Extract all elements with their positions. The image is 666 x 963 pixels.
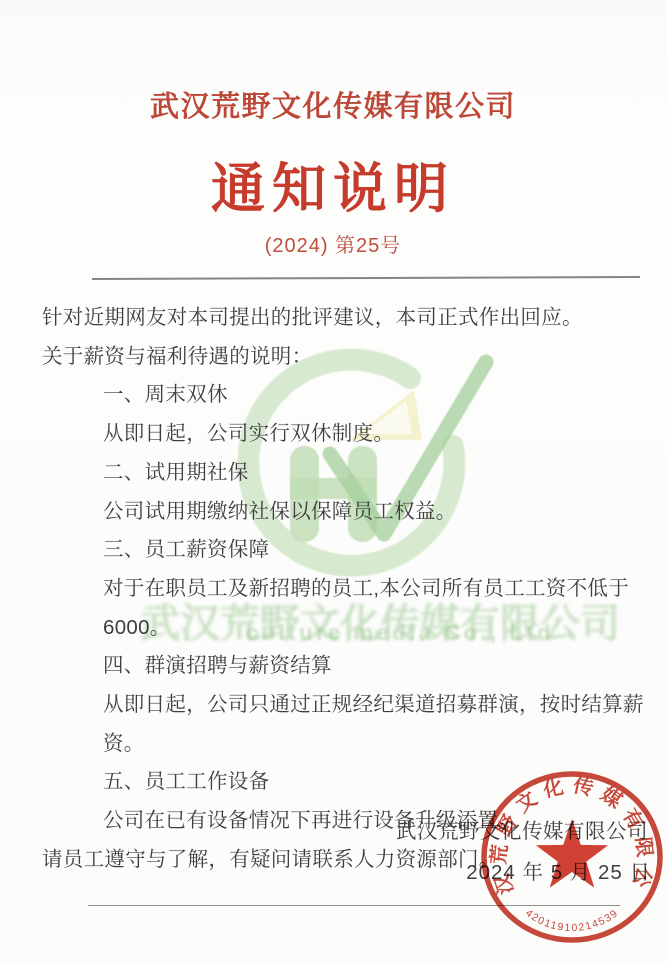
seal-star-icon	[536, 819, 608, 888]
item4-heading: 四、群演招聘与薪资结算	[42, 647, 650, 686]
item1-detail: 从即日起，公司实行双休制度。	[42, 415, 650, 454]
item2-detail: 公司试用期缴纳社保以保障员工权益。	[42, 493, 650, 532]
issue-number: (2024) 第25号	[0, 229, 666, 258]
intro-paragraph: 针对近期网友对本司提出的批评建议，本司正式作出回应。	[42, 299, 650, 338]
item1-heading: 一、周末双休	[42, 376, 650, 415]
document-title: 通知说明	[0, 146, 666, 223]
notice-document: 武汉荒野文化传媒有限公司 culture media Co., Ltd 武汉荒野…	[0, 0, 666, 963]
item3-detail: 对于在职员工及新招聘的员工,本公司所有员工工资不低于6000。	[42, 570, 650, 647]
header-divider	[92, 276, 640, 280]
subject-paragraph: 关于薪资与福利待遇的说明：	[42, 338, 650, 377]
item2-heading: 二、试用期社保	[42, 454, 650, 493]
company-name: 武汉荒野文化传媒有限公司	[0, 84, 666, 125]
seal-ring-text: 武汉荒野文化传媒有限公司	[476, 769, 657, 897]
item4-detail: 从即日起，公司只通过正规经纪渠道招募群演，按时结算薪资。	[42, 686, 650, 763]
seal-serial-number: 42011910214539	[523, 907, 621, 934]
item3-heading: 三、员工薪资保障	[42, 531, 650, 570]
company-seal: 武汉荒野文化传媒有限公司 42011910214539	[476, 769, 666, 947]
